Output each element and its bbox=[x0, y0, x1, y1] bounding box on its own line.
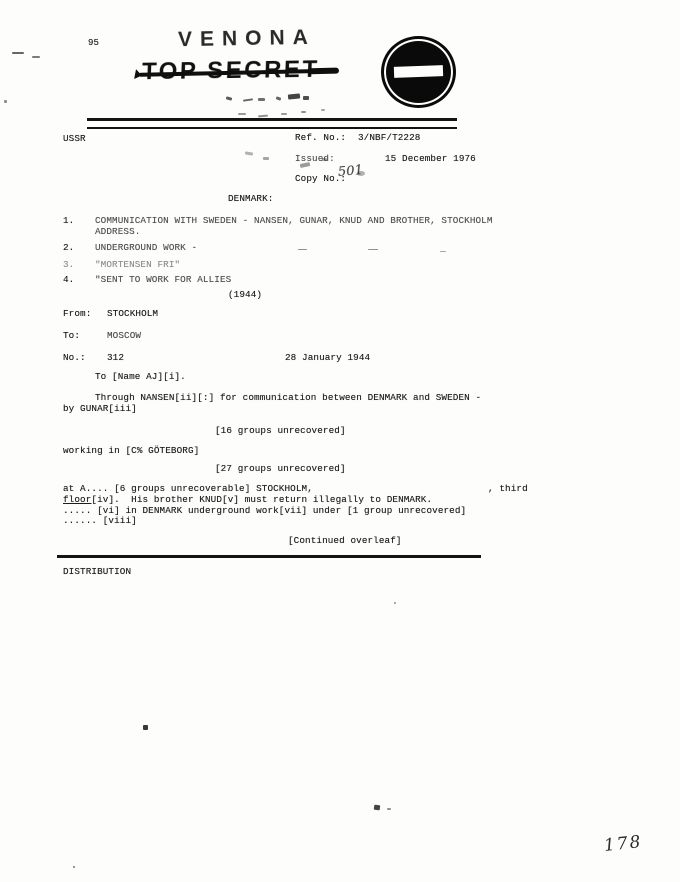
body-paragraph-line: ...... [viii] bbox=[63, 516, 137, 526]
ink-smudge bbox=[258, 115, 268, 118]
ink-speck bbox=[387, 808, 391, 810]
ref-no-label: Ref. No.: bbox=[295, 133, 346, 143]
ink-smudge bbox=[276, 96, 282, 101]
subject-item-text: "MORTENSEN FRI" bbox=[95, 260, 180, 270]
subject-heading: DENMARK: bbox=[228, 194, 273, 204]
subject-item-text: UNDERGROUND WORK - bbox=[95, 243, 197, 253]
ink-speck bbox=[143, 725, 148, 730]
subject-item-text: "SENT TO WORK FOR ALLIES bbox=[95, 275, 231, 285]
ink-smudge bbox=[303, 96, 309, 100]
margin-dash-mark bbox=[32, 56, 40, 58]
msg-date: 28 January 1944 bbox=[285, 353, 370, 363]
ink-smudge bbox=[245, 151, 253, 155]
body-salutation: To [Name AJ][i]. bbox=[95, 372, 186, 382]
ink-smudge bbox=[263, 157, 269, 160]
subject-item-number: 3. bbox=[63, 260, 74, 270]
ink-speck bbox=[394, 602, 396, 604]
stamp-bar-icon bbox=[394, 65, 443, 78]
ink-speck bbox=[73, 866, 75, 868]
ink-smudge bbox=[368, 249, 378, 250]
issued-label: Issued: bbox=[295, 154, 335, 164]
subject-item-number: 4. bbox=[63, 275, 74, 285]
ink-smudge bbox=[238, 113, 246, 115]
body-paragraph-line: , third bbox=[488, 484, 528, 494]
body-paragraph-line: at A.... [6 groups unrecoverable] STOCKH… bbox=[63, 484, 313, 494]
body-paragraph-line: floor[iv]. His brother KNUD[v] must retu… bbox=[63, 495, 432, 505]
msg-no-label: No.: bbox=[63, 353, 86, 363]
ink-smudge bbox=[243, 98, 253, 101]
ink-smudge bbox=[300, 162, 311, 168]
ink-smudge bbox=[226, 96, 233, 100]
ink-speck bbox=[374, 805, 381, 811]
ink-smudge bbox=[440, 251, 446, 252]
underlined-word: floor bbox=[63, 494, 91, 505]
subject-item-number: 2. bbox=[63, 243, 74, 253]
to-label: To: bbox=[63, 331, 80, 341]
from-label: From: bbox=[63, 309, 91, 319]
no-entry-stamp-icon bbox=[381, 36, 456, 108]
ink-speck bbox=[4, 100, 7, 103]
subject-item-text: COMMUNICATION WITH SWEDEN - NANSEN, GUNA… bbox=[95, 216, 493, 226]
body-paragraph-line: working in [C% GÖTEBORG] bbox=[63, 446, 199, 456]
double-horizontal-rule bbox=[87, 118, 457, 129]
year-note: (1944) bbox=[228, 290, 262, 300]
issued-date: 15 December 1976 bbox=[385, 154, 476, 164]
scanned-document-page: 95 VENONA TOP SECRET USSR Ref. No.: 3/NB… bbox=[0, 0, 680, 882]
ink-smudge bbox=[301, 111, 306, 113]
ink-smudge bbox=[258, 98, 265, 101]
to-value: MOSCOW bbox=[107, 331, 141, 341]
from-value: STOCKHOLM bbox=[107, 309, 158, 319]
ink-smudge bbox=[298, 249, 307, 250]
subject-item-number: 1. bbox=[63, 216, 74, 226]
subject-item-text: ADDRESS. bbox=[95, 227, 140, 237]
body-paragraph-line: by GUNAR[iii] bbox=[63, 404, 137, 414]
ink-smudge bbox=[357, 171, 365, 176]
ink-smudge bbox=[321, 109, 325, 111]
ink-smudge bbox=[322, 158, 327, 161]
venona-project-banner: VENONA bbox=[178, 26, 316, 52]
body-text: [iv]. His brother KNUD[v] must return il… bbox=[91, 494, 432, 505]
distribution-heading: DISTRIBUTION bbox=[63, 567, 131, 577]
page-number-bottom: 178 bbox=[603, 832, 643, 856]
ink-smudge bbox=[281, 113, 287, 115]
margin-dash-mark bbox=[12, 52, 24, 54]
country-label: USSR bbox=[63, 134, 86, 144]
footer-rule bbox=[57, 555, 481, 558]
msg-no-value: 312 bbox=[107, 353, 124, 363]
unrecovered-groups-note: [27 groups unrecovered] bbox=[215, 464, 346, 474]
ref-no-value: 3/NBF/T2228 bbox=[358, 133, 420, 143]
ink-smudge bbox=[288, 93, 300, 99]
continued-overleaf-note: [Continued overleaf] bbox=[288, 536, 402, 546]
unrecovered-groups-note: [16 groups unrecovered] bbox=[215, 426, 346, 436]
page-number-top: 95 bbox=[88, 38, 99, 48]
body-paragraph-line: Through NANSEN[ii][:] for communication … bbox=[95, 393, 481, 403]
